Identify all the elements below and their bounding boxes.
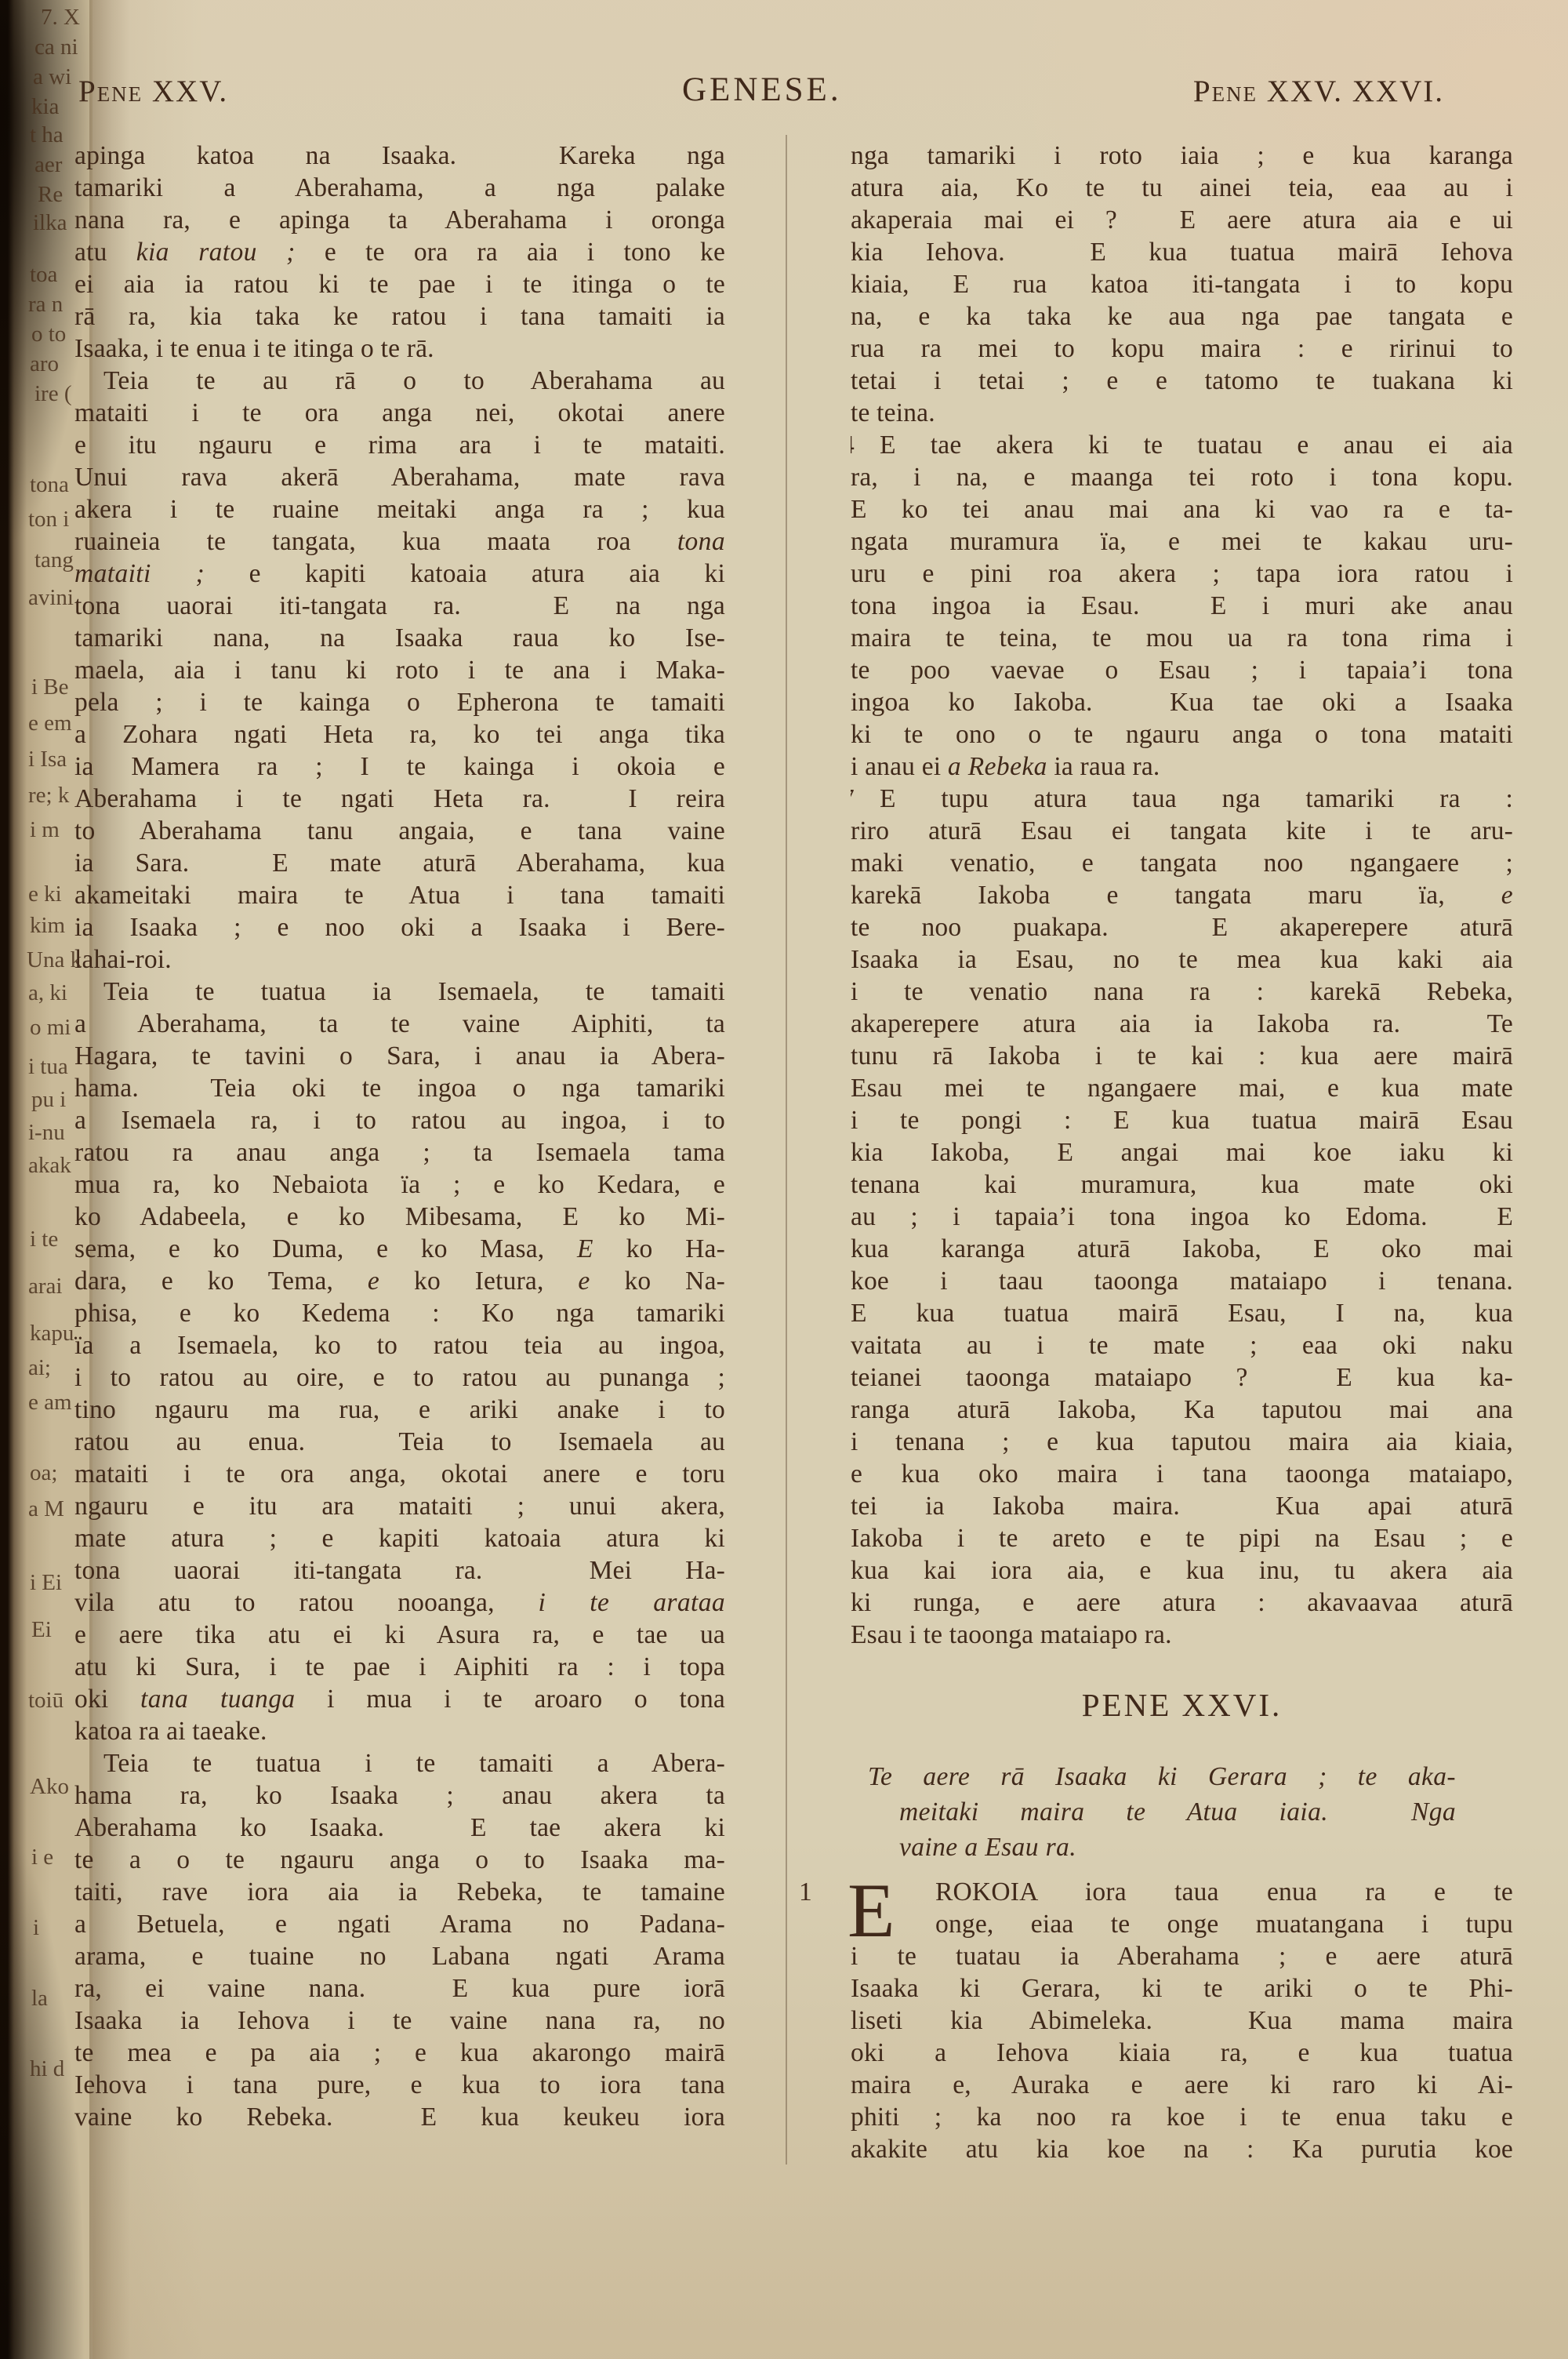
line-text: oki tana tuanga i mua i te aroaro o tona <box>74 1685 725 1714</box>
text-line: uru e pini roa akera ; tapa iora ratou i <box>851 558 1513 590</box>
gutter-text-fragment: i m <box>30 819 60 841</box>
text-column-right: nga tamariki i roto iaia ; e kua karanga… <box>851 140 1513 2165</box>
gutter-text-fragment: o mi <box>30 1016 71 1039</box>
text-line: mataiti ; e kapiti katoaia atura aia ki <box>74 558 725 590</box>
text-line: Isaaka ia Iehova i te vaine nana ra, no <box>74 2005 725 2037</box>
text-line: mataiti i te ora anga nei, okotai anere <box>74 397 725 429</box>
line-text: Iakoba i te areto e te pipi na Esau ; e <box>851 1524 1513 1553</box>
line-text: tei ia Iakoba maira. Kua apai aturā <box>851 1492 1513 1521</box>
gutter-text-fragment: re; k <box>28 784 69 807</box>
text-line: ruaineia te tangata, kua maata roa tona <box>74 525 725 558</box>
gutter-text-fragment: e ki <box>28 883 62 906</box>
gutter-text-fragment: ire ( <box>34 383 72 405</box>
text-line: 12Teia te tuatua ia Isemaela, te tamaiti <box>74 976 725 1008</box>
text-line: pela ; i te kainga o Epherona te tamaiti <box>74 686 725 718</box>
line-text: Isaaka ia Esau, no te mea kua kaki aia <box>851 945 1513 974</box>
line-text: karekā Iakoba e tangata maru ïa, e <box>851 881 1513 910</box>
line-text: te noo puakapa. E akaperepere aturā <box>851 913 1513 942</box>
text-line: tamariki a Aberahama, a nga palake <box>74 172 725 204</box>
text-line: tino ngauru ma rua, e ariki anake i to <box>74 1394 725 1426</box>
text-line: 7Teia te au rā o to Aberahama au <box>74 365 725 397</box>
gutter-text-fragment: o to <box>31 323 66 346</box>
text-line: ki runga, e aere atura : akavaavaa aturā <box>851 1587 1513 1619</box>
line-text: Isaaka ia Iehova i te vaine nana ra, no <box>74 2006 725 2035</box>
text-line: Isaaka ia Esau, no te mea kua kaki aia <box>851 943 1513 976</box>
line-text: uru e pini roa akera ; tapa iora ratou i <box>851 559 1513 588</box>
line-text: te mea e pa aia ; e kua akarongo mairā <box>74 2038 725 2067</box>
line-text: oki a Iehova kiaia ra, e kua tuatua <box>851 2038 1513 2067</box>
text-line: 27E tupu atura taua nga tamariki ra : <box>851 783 1513 815</box>
line-text: kua kai iora aia, e kua inu, tu akera ai… <box>851 1556 1513 1585</box>
line-text: meitaki maira te Atua iaia. Nga <box>899 1797 1456 1826</box>
line-text: Teia te au rā o to Aberahama au <box>103 366 725 395</box>
text-line: te a o te ngauru anga o to Isaaka ma- <box>74 1844 725 1876</box>
text-line: i te tuatau ia Aberahama ; e aere aturā <box>851 1940 1513 1972</box>
gutter-text-fragment: Re <box>38 184 63 206</box>
text-line: vila atu to ratou nooanga, i te arataa <box>74 1587 725 1619</box>
text-line: akaperaia mai ei ? E aere atura aia e ui <box>851 204 1513 236</box>
text-line: ki te ono o te ngauru anga o tona matait… <box>851 718 1513 751</box>
text-line: e kua oko maira i tana taoonga mataiapo, <box>851 1458 1513 1490</box>
spacer <box>851 1865 1513 1876</box>
line-text: te poo vaevae o Esau ; i tapaia’i tona <box>851 656 1513 685</box>
text-line: oki tana tuanga i mua i te aroaro o tona <box>74 1683 725 1715</box>
text-line: a Aberahama, ta te vaine Aiphiti, ta <box>74 1008 725 1040</box>
line-text: onge, eiaa te onge muatangana i tupu <box>935 1910 1513 1939</box>
gutter-text-fragment: i te <box>30 1228 58 1251</box>
line-text: na, e ka taka ke aua nga pae tangata e <box>851 302 1513 331</box>
gutter-text-fragment: tang <box>34 549 74 572</box>
text-line: lahai-roi. <box>74 943 725 976</box>
line-text: arama, e tuaine no Labana ngati Arama <box>74 1942 725 1971</box>
text-line: ei aia ia ratou ki te pae i te itinga o … <box>74 268 725 300</box>
gutter-text-fragment: i Ei <box>30 1572 62 1594</box>
gutter-text-fragment: aro <box>30 353 59 376</box>
text-line: 3akakite atu kia koe na : Ka purutia koe <box>851 2133 1513 2165</box>
line-text: E tae akera ki te tuatau e anau ei aia <box>880 431 1513 460</box>
gutter-text-fragment: a M <box>28 1498 64 1521</box>
text-line: kua kai iora aia, e kua inu, tu akera ai… <box>851 1554 1513 1587</box>
text-line: 19Teia te tuatua i te tamaiti a Abera- <box>74 1747 725 1779</box>
text-line: dara, e ko Tema, e ko Ietura, e ko Na- <box>74 1265 725 1297</box>
text-line: 11ia Sara. E mate aturā Aberahama, kua <box>74 847 725 879</box>
text-line: nga tamariki i roto iaia ; e kua karanga <box>851 140 1513 172</box>
text-line: 24E tae akera ki te tuatau e anau ei aia <box>851 429 1513 461</box>
text-line: Esau i te taoonga mataiapo ra. <box>851 1619 1513 1651</box>
text-line: atura aia, Ko te tu ainei teia, eaa au i <box>851 172 1513 204</box>
gutter-text-fragment: toiū <box>28 1689 64 1712</box>
gutter-text-fragment: Ei <box>31 1619 52 1641</box>
text-line: rua ra mei to kopu maira : e ririnui to <box>851 333 1513 365</box>
line-text: Te aere rā Isaaka ki Gerara ; te aka- <box>868 1762 1456 1791</box>
line-text: ra, i na, e maanga tei roto i tona kopu. <box>851 463 1513 492</box>
text-line: Hagara, te tavini o Sara, i anau ia Aber… <box>74 1040 725 1072</box>
text-line: i anau ei a Rebeka ia raua ra. <box>851 751 1513 783</box>
gutter-text-fragment: i e <box>31 1846 53 1869</box>
text-line: akera i te ruaine meitaki anga ra ; kua <box>74 493 725 525</box>
line-text: akameitaki maira te Atua i tana tamaiti <box>74 881 725 910</box>
line-text: Teia te tuatua ia Isemaela, te tamaiti <box>103 977 725 1006</box>
line-text: lahai-roi. <box>74 945 172 974</box>
text-line: te teina. <box>851 397 1513 429</box>
text-line: 31au ; i tapaia’i tona ingoa ko Edoma. E <box>851 1201 1513 1233</box>
text-line: taiti, rave iora aia ia Rebeka, te tamai… <box>74 1876 725 1908</box>
line-text: mate atura ; e kapiti katoaia atura ki <box>74 1524 725 1553</box>
text-line: 6apinga katoa na Isaaka. Kareka nga <box>74 140 725 172</box>
text-line: karekā Iakoba e tangata maru ïa, e <box>851 879 1513 911</box>
line-text: phisa, e ko Kedema : Ko nga tamariki <box>74 1299 725 1328</box>
line-text: rua ra mei to kopu maira : e ririnui to <box>851 334 1513 363</box>
line-text: tenana kai muramura, kua mate oki <box>851 1170 1513 1199</box>
line-text: ROKOIA iora taua enua ra e te <box>935 1877 1513 1906</box>
line-text: Isaaka, i te enua i te itinga o te rā. <box>74 334 434 363</box>
text-line: maki venatio, e tangata noo ngangaere ; <box>851 847 1513 879</box>
line-text: atu ki Sura, i te pae i Aiphiti ra : i t… <box>74 1652 725 1681</box>
text-line: i to ratou au oire, e to ratou au punang… <box>74 1361 725 1394</box>
line-text: i tenana ; e kua taputou maira aia kiaia… <box>851 1427 1513 1456</box>
line-text: apinga katoa na Isaaka. Kareka nga <box>74 141 725 170</box>
line-text: e aere tika atu ei ki Asura ra, e tae ua <box>74 1620 725 1649</box>
line-text: i te tuatau ia Aberahama ; e aere aturā <box>851 1942 1513 1971</box>
text-line: 18tona uaorai iti-tangata ra. Mei Ha- <box>74 1554 725 1587</box>
gutter-text-fragment: i Isa <box>28 748 67 771</box>
text-line: 13hama. Teia oki te ingoa o nga tamariki <box>74 1072 725 1104</box>
line-text: nana ra, e apinga ta Aberahama i oronga <box>74 205 725 234</box>
line-text: Iehova i tana pure, e kua to iora tana <box>74 2070 725 2099</box>
text-line: kia Iakoba, E angai mai koe iaku ki <box>851 1136 1513 1169</box>
line-text: ki te ono o te ngauru anga o tona matait… <box>851 720 1513 749</box>
text-column-left: 6apinga katoa na Isaaka. Kareka ngatamar… <box>74 140 725 2133</box>
text-line: i te venatio nana ra : karekā Rebeka, <box>851 976 1513 1008</box>
line-text: a Betuela, e ngati Arama no Padana- <box>74 1910 725 1939</box>
line-text: tona uaorai iti-tangata ra. E na nga <box>74 591 725 620</box>
text-line: kiaia, E rua katoa iti-tangata i to kopu <box>851 268 1513 300</box>
gutter-text-fragment: i <box>33 1917 39 1939</box>
line-text: Esau i te taoonga mataiapo ra. <box>851 1620 1172 1649</box>
text-line: tetai i tetai ; e e tatomo te tuakana ki <box>851 365 1513 397</box>
text-line: ra, i na, e maanga tei roto i tona kopu. <box>851 461 1513 493</box>
text-line: maira te teina, te mou ua ra tona rima i <box>851 622 1513 654</box>
verse-number: 1 <box>799 1876 846 1908</box>
text-line: 2liseti kia Abimeleka. Kua mama maira <box>851 2005 1513 2037</box>
line-text: hama ra, ko Isaaka ; anau akera ta <box>74 1781 725 1810</box>
gutter-text-fragment: ai; <box>28 1357 51 1379</box>
line-text: ko Adabeela, e ko Mibesama, E ko Mi- <box>74 1202 725 1231</box>
line-text: akera i te ruaine meitaki anga ra ; kua <box>74 495 725 524</box>
text-line: te poo vaevae o Esau ; i tapaia’i tona <box>851 654 1513 686</box>
text-line: rā ra, kia taka ke ratou i tana tamaiti … <box>74 300 725 333</box>
line-text: nga tamariki i roto iaia ; e kua karanga <box>851 141 1513 170</box>
line-text: akaperaia mai ei ? E aere atura aia e ui <box>851 205 1513 234</box>
line-text: Aberahama ko Isaaka. E tae akera ki <box>74 1813 725 1842</box>
text-line: 15sema, e ko Duma, e ko Masa, E ko Ha- <box>74 1233 725 1265</box>
gutter-text-fragment: e em <box>28 712 72 735</box>
text-line: Iakoba i te areto e te pipi na Esau ; e <box>851 1522 1513 1554</box>
text-line: maela, aia i tanu ki roto i te ana i Mak… <box>74 654 725 686</box>
chapter-summary-line: vaine a Esau ra. <box>851 1830 1456 1865</box>
text-line: 30i te pongi : E kua tuatua mairā Esau <box>851 1104 1513 1136</box>
text-line: ngauru e itu ara mataiti ; unui akera, <box>74 1490 725 1522</box>
line-text: kua karanga aturā Iakoba, E oko mai <box>851 1234 1513 1263</box>
line-text: ei aia ia ratou ki te pae i te itinga o … <box>74 270 725 299</box>
gutter-text-fragment: i-nu <box>28 1121 65 1144</box>
line-text: maki venatio, e tangata noo ngangaere ; <box>851 849 1513 878</box>
line-text: Aberahama i te ngati Heta ra. I reira <box>74 784 725 813</box>
text-line: tamariki nana, na Isaaka raua ko Ise- <box>74 622 725 654</box>
line-text: tino ngauru ma rua, e ariki anake i to <box>74 1395 725 1424</box>
line-text: E tupu atura taua nga tamariki ra : <box>880 784 1513 813</box>
line-text: tetai i tetai ; e e tatomo te tuakana ki <box>851 366 1513 395</box>
line-text: koe i taau taoonga mataiapo i tenana. <box>851 1267 1513 1296</box>
line-text: e itu ngauru e rima ara i te mataiti. <box>74 431 725 460</box>
line-text: to Aberahama tanu angaia, e tana vaine <box>74 816 725 845</box>
line-text: mataiti i te ora anga nei, okotai anere <box>74 398 725 427</box>
text-line: te mea e pa aia ; e kua akarongo mairā <box>74 2037 725 2069</box>
line-text: atu kia ratou ; e te ora ra aia i tono k… <box>74 238 725 267</box>
text-line: akameitaki maira te Atua i tana tamaiti <box>74 879 725 911</box>
line-text: Hagara, te tavini o Sara, i anau ia Aber… <box>74 1041 725 1070</box>
line-text: i anau ei a Rebeka ia raua ra. <box>851 752 1160 781</box>
line-text: E ko tei anau mai ana ki vao ra e ta- <box>851 495 1513 524</box>
line-text: ia Mamera ra ; I te kainga i okoia e <box>74 752 725 781</box>
line-text: tamariki nana, na Isaaka raua ko Ise- <box>74 623 725 652</box>
text-line: kua karanga aturā Iakoba, E oko mai <box>851 1233 1513 1265</box>
text-line: 33teianei taoonga mataiapo ? E kua ka- <box>851 1361 1513 1394</box>
gutter-text-fragment: Una k <box>27 949 82 972</box>
line-text: kia Iakoba, E angai mai koe iaku ki <box>851 1138 1513 1167</box>
text-line: vaitata au i te mate ; eaa oki naku <box>851 1329 1513 1361</box>
text-line: e itu ngauru e rima ara i te mataiti. <box>74 429 725 461</box>
line-text: tamariki a Aberahama, a nga palake <box>74 173 725 202</box>
text-line: a Betuela, e ngati Arama no Padana- <box>74 1908 725 1940</box>
gutter-text-fragment: e am <box>28 1391 72 1414</box>
text-line: ïa a Isemaela, ko to ratou teia au ingoa… <box>74 1329 725 1361</box>
line-text: phiti ; ka noo ra koe i te enua taku e <box>851 2103 1513 2132</box>
line-text: te teina. <box>851 398 935 427</box>
line-text: ia Sara. E mate aturā Aberahama, kua <box>74 849 725 878</box>
line-text: dara, e ko Tema, e ko Ietura, e ko Na- <box>74 1267 725 1296</box>
gutter-text-fragment: t ha <box>30 124 64 147</box>
line-text: akaperepere atura aia ia Iakoba ra. Te <box>851 1009 1513 1038</box>
line-text: i to ratou au oire, e to ratou au punang… <box>74 1363 725 1392</box>
text-line: 23kia Iehova. E kua tuatua mairā Iehova <box>851 236 1513 268</box>
gutter-text-fragment: la <box>31 1987 48 2010</box>
text-line: Isaaka ki Gerara, ki te ariki o te Phi- <box>851 1972 1513 2005</box>
gutter-text-fragment: ton i <box>28 508 69 531</box>
text-line: ia Isaaka ; e noo oki a Isaaka i Bere- <box>74 911 725 943</box>
text-line: 20Aberahama ko Isaaka. E tae akera ki <box>74 1812 725 1844</box>
running-head-right-chapters: Pene XXV. XXVI. <box>1193 74 1444 109</box>
running-head-left-chapter: Pene XXV. <box>78 74 228 109</box>
text-line: to Aberahama tanu angaia, e tana vaine <box>74 815 725 847</box>
text-line: 1EROKOIA iora taua enua ra e te <box>851 1876 1513 1908</box>
line-text: ranga aturā Iakoba, Ka taputou mai ana <box>851 1395 1513 1424</box>
text-line: mua ra, ko Nebaiota ïa ; e ko Kedara, e <box>74 1169 725 1201</box>
line-text: vaine ko Rebeka. E kua keukeu iora <box>74 2103 725 2132</box>
line-text: rā ra, kia taka ke ratou i tana tamaiti … <box>74 302 725 331</box>
text-line: ngata muramura ïa, e mei te kakau uru- <box>851 525 1513 558</box>
text-line: 34tei ia Iakoba maira. Kua apai aturā <box>851 1490 1513 1522</box>
gutter-text-fragment: arai <box>28 1275 62 1298</box>
book-page: 7. Xca nia wikiat haaerReilkatoara no to… <box>0 0 1568 2359</box>
line-text: Isaaka ki Gerara, ki te ariki o te Phi- <box>851 1974 1513 2003</box>
text-line: e aere tika atu ei ki Asura ra, e tae ua <box>74 1619 725 1651</box>
line-text: taiti, rave iora aia ia Rebeka, te tamai… <box>74 1877 725 1906</box>
text-line: 10ia Mamera ra ; I te kainga i okoia e <box>74 751 725 783</box>
text-line: atu ki Sura, i te pae i Aiphiti ra : i t… <box>74 1651 725 1683</box>
text-line: arama, e tuaine no Labana ngati Arama <box>74 1940 725 1972</box>
gutter-text-fragment: ilka <box>33 212 67 234</box>
gutter-text-fragment: ca ni <box>34 36 78 59</box>
line-text: ki runga, e aere atura : akavaavaa aturā <box>851 1588 1513 1617</box>
line-text: liseti kia Abimeleka. Kua mama maira <box>851 2006 1513 2035</box>
text-line: Iehova i tana pure, e kua to iora tana <box>74 2069 725 2101</box>
gutter-text-fragment: ra n <box>28 293 63 316</box>
text-line: onge, eiaa te onge muatangana i tupu <box>851 1908 1513 1940</box>
line-text: ngata muramura ïa, e mei te kakau uru- <box>851 527 1513 556</box>
line-text: mataiti ; e kapiti katoaia atura aia ki <box>74 559 725 588</box>
line-text: maela, aia i tanu ki roto i te ana i Mak… <box>74 656 725 685</box>
text-line: Esau mei te ngangaere mai, e kua mate <box>851 1072 1513 1104</box>
line-text: ratou ra anau anga ; ta Isemaela tama <box>74 1138 725 1167</box>
line-text: ruaineia te tangata, kua maata roa tona <box>74 527 725 556</box>
text-line: Aberahama i te ngati Heta ra. I reira <box>74 783 725 815</box>
gutter-text-fragment: avini <box>28 587 74 609</box>
text-line: 32E kua tuatua mairā Esau, I na, kua <box>851 1297 1513 1329</box>
text-line: ranga aturā Iakoba, Ka taputou mai ana <box>851 1394 1513 1426</box>
line-text: akakite atu kia koe na : Ka purutia koe <box>851 2135 1513 2164</box>
line-text: au ; i tapaia’i tona ingoa ko Edoma. E <box>851 1202 1513 1231</box>
gutter-text-fragment: i tua <box>28 1056 68 1078</box>
gutter-text-fragment: tona <box>30 474 69 496</box>
text-line: nana ra, e apinga ta Aberahama i oronga <box>74 204 725 236</box>
line-text: sema, e ko Duma, e ko Masa, E ko Ha- <box>74 1234 725 1263</box>
text-line: 17ratou au enua. Teia to Isemaela au <box>74 1426 725 1458</box>
line-text: hama. Teia oki te ingoa o nga tamariki <box>74 1074 725 1103</box>
running-head-book-title: GENESE. <box>682 71 842 109</box>
text-line: mate atura ; e kapiti katoaia atura ki <box>74 1522 725 1554</box>
line-text: ingoa ko Iakoba. Kua tae oki a Isaaka <box>851 688 1513 717</box>
text-line: tunu rā Iakoba i te kai : kua aere mairā <box>851 1040 1513 1072</box>
text-line: phiti ; ka noo ra koe i te enua taku e <box>851 2101 1513 2133</box>
line-text: vaine a Esau ra. <box>899 1833 1076 1862</box>
line-text: Teia te tuatua i te tamaiti a Abera- <box>103 1749 725 1778</box>
gutter-text-fragment: 7. X <box>41 6 80 29</box>
line-text: teianei taoonga mataiapo ? E kua ka- <box>851 1363 1513 1392</box>
line-text: a Isemaela ra, i to ratou au ingoa, i to <box>74 1106 725 1135</box>
line-text: ia Isaaka ; e noo oki a Isaaka i Bere- <box>74 913 725 942</box>
text-line: atu kia ratou ; e te ora ra aia i tono k… <box>74 236 725 268</box>
gutter-text-fragment: akak <box>28 1154 71 1177</box>
text-line: hama ra, ko Isaaka ; anau akera ta <box>74 1779 725 1812</box>
text-line: maira e, Auraka e aere ki raro ki Ai- <box>851 2069 1513 2101</box>
text-line: i tenana ; e kua taputou maira aia kiaia… <box>851 1426 1513 1458</box>
line-text: pela ; i te kainga o Epherona te tamaiti <box>74 688 725 717</box>
line-text: a Aberahama, ta te vaine Aiphiti, ta <box>74 1009 725 1038</box>
gutter-text-fragment: kapu <box>30 1322 74 1345</box>
running-head: Pene XXV. GENESE. Pene XXV. XXVI. <box>0 74 1568 113</box>
line-text: i te venatio nana ra : karekā Rebeka, <box>851 977 1513 1006</box>
line-text: maira te teina, te mou ua ra tona rima i <box>851 623 1513 652</box>
text-line: 21ra, ei vaine nana. E kua pure iorā <box>74 1972 725 2005</box>
line-text: E kua tuatua mairā Esau, I na, kua <box>851 1299 1513 1328</box>
text-line: katoa ra ai taeake. <box>74 1715 725 1747</box>
line-text: kia Iehova. E kua tuatua mairā Iehova <box>851 238 1513 267</box>
line-text: tona uaorai iti-tangata ra. Mei Ha- <box>74 1556 725 1585</box>
chapter-summary-line: meitaki maira te Atua iaia. Nga <box>851 1794 1456 1830</box>
text-line: 8Unui rava akerā Aberahama, mate rava <box>74 461 725 493</box>
text-line: a Isemaela ra, i to ratou au ingoa, i to <box>74 1104 725 1136</box>
text-line: a Zohara ngati Heta ra, ko tei anga tika <box>74 718 725 751</box>
text-line: 9tona uaorai iti-tangata ra. E na nga <box>74 590 725 622</box>
scanned-bible-page: { "meta": { "book_title": "GENESE.", "la… <box>0 0 1568 2359</box>
gutter-text-fragment: oa; <box>30 1462 57 1485</box>
column-divider-rule <box>786 135 787 2165</box>
text-line: 29akaperepere atura aia ia Iakoba ra. Te <box>851 1008 1513 1040</box>
gutter-text-fragment: kim <box>30 914 65 937</box>
text-line: 26tona ingoa ia Esau. E i muri ake anau <box>851 590 1513 622</box>
line-text: e kua oko maira i tana taoonga mataiapo, <box>851 1459 1513 1488</box>
text-line: Isaaka, i te enua i te itinga o te rā. <box>74 333 725 365</box>
line-text: Esau mei te ngangaere mai, e kua mate <box>851 1074 1513 1103</box>
line-text: Unui rava akerā Aberahama, mate rava <box>74 463 725 492</box>
text-line: 25E ko tei anau mai ana ki vao ra e ta- <box>851 493 1513 525</box>
text-line: na, e ka taka ke aua nga pae tangata e <box>851 300 1513 333</box>
line-text: ratou au enua. Teia to Isemaela au <box>74 1427 725 1456</box>
gutter-text-fragment: Ako <box>30 1776 69 1798</box>
text-line: oki a Iehova kiaia ra, e kua tuatua <box>851 2037 1513 2069</box>
line-text: ngauru e itu ara mataiti ; unui akera, <box>74 1492 725 1521</box>
line-text: mataiti i te ora anga, okotai anere e to… <box>74 1459 725 1488</box>
line-text: atura aia, Ko te tu ainei teia, eaa au i <box>851 173 1513 202</box>
text-line: ratou ra anau anga ; ta Isemaela tama <box>74 1136 725 1169</box>
line-text: vaitata au i te mate ; eaa oki naku <box>851 1331 1513 1360</box>
chapter-heading: PENE XXVI. <box>851 1651 1513 1759</box>
text-line: 28te noo puakapa. E akaperepere aturā <box>851 911 1513 943</box>
line-text: katoa ra ai taeake. <box>74 1717 267 1746</box>
text-line: 14ko Adabeela, e ko Mibesama, E ko Mi- <box>74 1201 725 1233</box>
line-text: i te pongi : E kua tuatua mairā Esau <box>851 1106 1513 1135</box>
gutter-text-fragment: hi d <box>30 2058 64 2081</box>
line-text: a Zohara ngati Heta ra, ko tei anga tika <box>74 720 725 749</box>
text-line: mataiti i te ora anga, okotai anere e to… <box>74 1458 725 1490</box>
gutter-text-fragment: i Be <box>31 676 69 699</box>
line-text: PENE XXVI. <box>1082 1687 1282 1723</box>
chapter-summary-line: Te aere rā Isaaka ki Gerara ; te aka- <box>851 1759 1456 1794</box>
gutter-text-fragment: a, ki <box>28 982 67 1005</box>
text-line: 22vaine ko Rebeka. E kua keukeu iora <box>74 2101 725 2133</box>
gutter-text-fragment: pu i <box>31 1089 66 1111</box>
text-line: ingoa ko Iakoba. Kua tae oki a Isaaka <box>851 686 1513 718</box>
line-text: mua ra, ko Nebaiota ïa ; e ko Kedara, e <box>74 1170 725 1199</box>
text-line: tenana kai muramura, kua mate oki <box>851 1169 1513 1201</box>
line-text: kiaia, E rua katoa iti-tangata i to kopu <box>851 270 1513 299</box>
line-text: maira e, Auraka e aere ki raro ki Ai- <box>851 2070 1513 2099</box>
line-text: riro aturā Esau ei tangata kite i te aru… <box>851 816 1513 845</box>
line-text: tona ingoa ia Esau. E i muri ake anau <box>851 591 1513 620</box>
gutter-text-fragment: toa <box>30 264 57 286</box>
line-text: vila atu to ratou nooanga, i te arataa <box>74 1588 725 1617</box>
text-line: koe i taau taoonga mataiapo i tenana. <box>851 1265 1513 1297</box>
line-text: te a o te ngauru anga o to Isaaka ma- <box>74 1845 725 1874</box>
text-line: riro aturā Esau ei tangata kite i te aru… <box>851 815 1513 847</box>
line-text: ra, ei vaine nana. E kua pure iorā <box>74 1974 725 2003</box>
line-text: tunu rā Iakoba i te kai : kua aere mairā <box>851 1041 1513 1070</box>
gutter-text-fragment: aer <box>34 154 62 176</box>
line-text: ïa a Isemaela, ko to ratou teia au ingoa… <box>74 1331 725 1360</box>
text-line: 16phisa, e ko Kedema : Ko nga tamariki <box>74 1297 725 1329</box>
